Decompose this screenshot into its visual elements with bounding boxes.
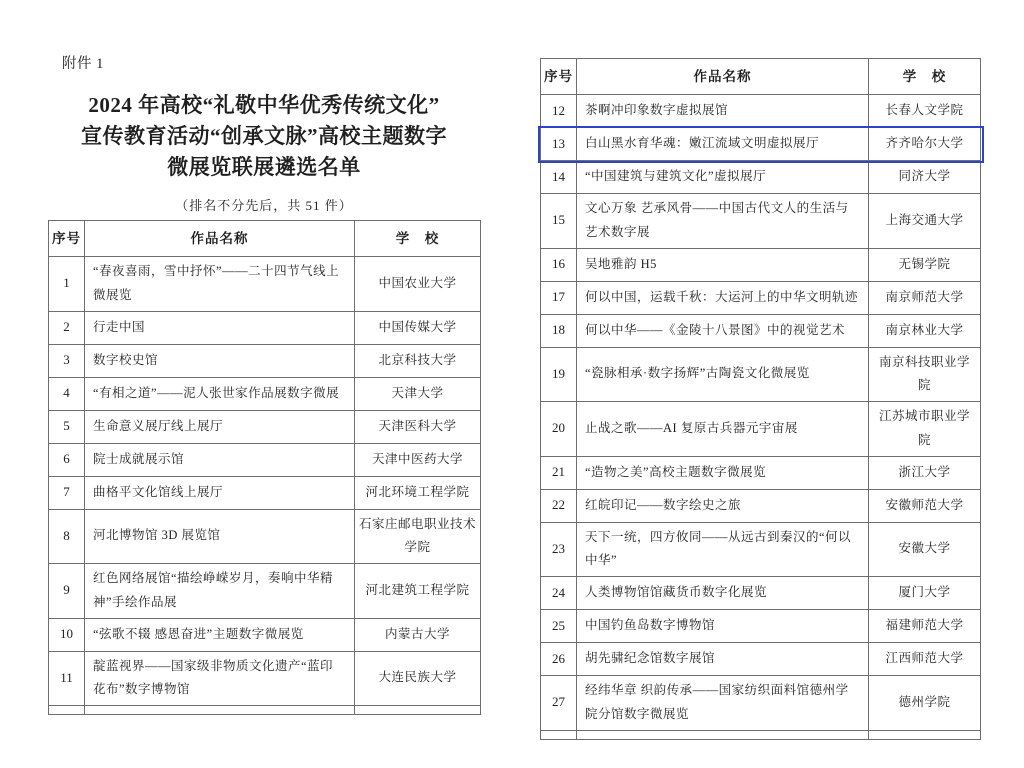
school-cell: 天津大学 (355, 378, 481, 411)
document-page: 附件 1 2024 年高校“礼敬中华优秀传统文化” 宣传教育活动“创承文脉”高校… (0, 0, 1024, 768)
table-row: 16吴地雅韵 H5无锡学院 (541, 249, 981, 282)
school-cell: 天津医科大学 (355, 411, 481, 444)
work-title-cell-text: 何以中华——《金陵十八景图》中的视觉艺术 (585, 319, 845, 343)
work-title-cell: 行走中国 (85, 312, 355, 345)
work-title-cell: 红皖印记——数字绘史之旅 (577, 490, 869, 523)
work-title-cell-text: “中国建筑与建筑文化”虚拟展厅 (585, 165, 766, 189)
work-title-cell: “造物之美”高校主题数字微展览 (577, 457, 869, 490)
work-title-cell-text: 中国钓鱼岛数字博物馆 (585, 614, 715, 638)
school-cell: 江苏城市职业学院 (869, 402, 981, 457)
work-title-cell: “有相之道”——泥人张世家作品展数字微展 (85, 378, 355, 411)
header-title-cell-text: 作品名称 (191, 226, 249, 252)
school-cell-text: 天津大学 (391, 382, 443, 406)
work-title-cell-text: 生命意义展厅线上展厅 (93, 415, 223, 439)
school-cell: 中国农业大学 (355, 257, 481, 312)
school-cell: 大连民族大学 (355, 652, 481, 707)
row-number-cell: 14 (541, 161, 577, 194)
school-cell-text: 天津医科大学 (378, 415, 456, 439)
school-cell-text: 中国农业大学 (378, 272, 456, 296)
row-number-cell: 26 (541, 643, 577, 676)
school-cell-text: 齐齐哈尔大学 (885, 132, 963, 156)
row-number-cell-text: 16 (552, 252, 565, 277)
works-table-right: 序号作品名称学 校12茶啊冲印象数字虚拟展馆长春人文学院13白山黑水育华魂：嫩江… (540, 58, 981, 740)
header-no-cell-text: 序号 (544, 64, 573, 90)
school-cell-text: 河北建筑工程学院 (365, 579, 469, 603)
work-title-cell-text: 曲格平文化馆线上展厅 (93, 481, 223, 505)
row-number-cell-text: 3 (63, 348, 70, 373)
row-number-cell: 15 (541, 194, 577, 249)
school-cell: 南京科技职业学院 (869, 348, 981, 403)
school-cell: 安徽师范大学 (869, 490, 981, 523)
work-title-cell-text: 河北博物馆 3D 展览馆 (93, 524, 221, 548)
row-number-cell: 9 (49, 564, 85, 619)
school-cell: 福建师范大学 (869, 610, 981, 643)
work-title-cell-text: 红皖印记——数字绘史之旅 (585, 494, 741, 518)
work-title-cell: 止战之歌——AI 复原古兵器元宇宙展 (577, 402, 869, 457)
school-cell: 河北建筑工程学院 (355, 564, 481, 619)
row-number-cell-text: 12 (552, 99, 565, 124)
school-cell-text: 浙江大学 (898, 461, 950, 485)
work-title-cell-text: 文心万象 艺承风骨——中国古代文人的生活与艺术数字展 (585, 197, 860, 245)
table-row: 21“造物之美”高校主题数字微展览浙江大学 (541, 457, 981, 490)
attachment-label: 附件 1 (62, 52, 104, 73)
row-number-cell-text: 6 (63, 447, 70, 472)
work-title-cell: “瓷脉相承·数字扬辉”古陶瓷文化微展览 (577, 348, 869, 403)
school-cell-text: 内蒙古大学 (385, 623, 450, 647)
partial-title-cell (577, 731, 869, 740)
row-number-cell-text: 18 (552, 318, 565, 343)
work-title-cell-text: 吴地雅韵 H5 (585, 253, 657, 277)
row-number-cell: 24 (541, 577, 577, 610)
work-title-cell-text: 经纬华章 织韵传承——国家纺织面料馆德州学院分馆数字微展览 (585, 679, 860, 727)
row-number-cell-text: 17 (552, 285, 565, 310)
row-number-cell: 22 (541, 490, 577, 523)
table-row: 27经纬华章 织韵传承——国家纺织面料馆德州学院分馆数字微展览德州学院 (541, 676, 981, 731)
work-title-cell: 茶啊冲印象数字虚拟展馆 (577, 95, 869, 128)
row-number-cell-text: 19 (552, 362, 565, 387)
school-cell-text: 德州学院 (898, 691, 950, 715)
row-number-cell-text: 14 (552, 165, 565, 190)
title-line-2: 宣传教育活动“创承文脉”高校主题数字 (48, 121, 480, 152)
header-school-cell-text: 学 校 (396, 226, 440, 252)
row-number-cell: 16 (541, 249, 577, 282)
school-cell-text: 南京科技职业学院 (873, 351, 976, 399)
row-number-cell: 17 (541, 282, 577, 315)
row-number-cell-text: 4 (63, 381, 70, 406)
row-number-cell: 12 (541, 95, 577, 128)
partial-title-cell (85, 706, 355, 715)
work-title-cell-text: “造物之美”高校主题数字微展览 (585, 461, 766, 485)
row-number-cell: 19 (541, 348, 577, 403)
table-row: 23天下一统，四方攸同——从远古到秦汉的“何以中华”安徽大学 (541, 523, 981, 578)
work-title-cell-text: 人类博物馆馆藏货币数字化展览 (585, 581, 767, 605)
school-cell: 长春人文学院 (869, 95, 981, 128)
school-cell: 厦门大学 (869, 577, 981, 610)
work-title-cell-text: 茶啊冲印象数字虚拟展馆 (585, 99, 728, 123)
table-row: 8河北博物馆 3D 展览馆石家庄邮电职业技术学院 (49, 510, 481, 565)
school-cell: 安徽大学 (869, 523, 981, 578)
school-cell: 河北环境工程学院 (355, 477, 481, 510)
title-line-1: 2024 年高校“礼敬中华优秀传统文化” (48, 90, 480, 121)
table-row-partial (49, 706, 481, 715)
header-no-cell: 序号 (49, 221, 85, 257)
row-number-cell: 3 (49, 345, 85, 378)
school-cell: 无锡学院 (869, 249, 981, 282)
table-row: 3数字校史馆北京科技大学 (49, 345, 481, 378)
row-number-cell-text: 23 (552, 537, 565, 562)
work-title-cell-text: 靛蓝视界——国家级非物质文化遗产“蓝印花布”数字博物馆 (93, 655, 346, 703)
row-number-cell-text: 11 (60, 666, 73, 691)
table-row: 22红皖印记——数字绘史之旅安徽师范大学 (541, 490, 981, 523)
school-cell: 石家庄邮电职业技术学院 (355, 510, 481, 565)
row-number-cell: 13 (541, 128, 577, 161)
work-title-cell-text: “弦歌不辍 感恩奋进”主题数字微展览 (93, 623, 304, 647)
school-cell-text: 江苏城市职业学院 (873, 405, 976, 453)
row-number-cell-text: 25 (552, 614, 565, 639)
work-title-cell-text: “有相之道”——泥人张世家作品展数字微展 (93, 382, 339, 406)
table-row: 17何以中国，运载千秋：大运河上的中华文明轨迹南京师范大学 (541, 282, 981, 315)
work-title-cell-text: 天下一统，四方攸同——从远古到秦汉的“何以中华” (585, 526, 860, 574)
row-number-cell-text: 8 (63, 524, 70, 549)
table-row: 9红色网络展馆“描绘峥嵘岁月，奏响中华精神”手绘作品展河北建筑工程学院 (49, 564, 481, 619)
header-school-cell: 学 校 (869, 59, 981, 95)
work-title-cell-text: 数字校史馆 (93, 349, 158, 373)
work-title-cell-text: 行走中国 (93, 316, 145, 340)
row-number-cell-text: 7 (63, 480, 70, 505)
header-no-cell: 序号 (541, 59, 577, 95)
school-cell: 浙江大学 (869, 457, 981, 490)
row-number-cell-text: 15 (552, 208, 565, 233)
work-title-cell: 院士成就展示馆 (85, 444, 355, 477)
school-cell: 北京科技大学 (355, 345, 481, 378)
row-number-cell-text: 2 (63, 315, 70, 340)
table-row: 4“有相之道”——泥人张世家作品展数字微展天津大学 (49, 378, 481, 411)
table-row: 12茶啊冲印象数字虚拟展馆长春人文学院 (541, 95, 981, 128)
table-row: 2行走中国中国传媒大学 (49, 312, 481, 345)
school-cell-text: 江西师范大学 (885, 647, 963, 671)
work-title-cell: “弦歌不辍 感恩奋进”主题数字微展览 (85, 619, 355, 652)
table-header-row: 序号作品名称学 校 (541, 59, 981, 95)
row-number-cell-text: 26 (552, 647, 565, 672)
school-cell-text: 大连民族大学 (378, 666, 456, 690)
row-number-cell: 21 (541, 457, 577, 490)
work-title-cell: 何以中华——《金陵十八景图》中的视觉艺术 (577, 315, 869, 348)
row-number-cell: 18 (541, 315, 577, 348)
work-title-cell-text: 红色网络展馆“描绘峥嵘岁月，奏响中华精神”手绘作品展 (93, 567, 346, 615)
work-title-cell: 中国钓鱼岛数字博物馆 (577, 610, 869, 643)
school-cell-text: 安徽师范大学 (885, 494, 963, 518)
work-title-cell: 人类博物馆馆藏货币数字化展览 (577, 577, 869, 610)
work-title-cell-text: 院士成就展示馆 (93, 448, 184, 472)
partial-no-cell (541, 731, 577, 740)
work-title-cell: 靛蓝视界——国家级非物质文化遗产“蓝印花布”数字博物馆 (85, 652, 355, 707)
school-cell-text: 中国传媒大学 (378, 316, 456, 340)
work-title-cell: “中国建筑与建筑文化”虚拟展厅 (577, 161, 869, 194)
row-number-cell-text: 24 (552, 581, 565, 606)
row-number-cell-text: 20 (552, 416, 565, 441)
school-cell: 上海交通大学 (869, 194, 981, 249)
row-number-cell-text: 13 (552, 132, 565, 157)
school-cell: 南京师范大学 (869, 282, 981, 315)
row-number-cell: 4 (49, 378, 85, 411)
row-number-cell: 6 (49, 444, 85, 477)
table-row: 25中国钓鱼岛数字博物馆福建师范大学 (541, 610, 981, 643)
row-number-cell: 1 (49, 257, 85, 312)
table-row: 6院士成就展示馆天津中医药大学 (49, 444, 481, 477)
header-no-cell-text: 序号 (52, 226, 81, 252)
school-cell-text: 福建师范大学 (885, 614, 963, 638)
table-row: 14“中国建筑与建筑文化”虚拟展厅同济大学 (541, 161, 981, 194)
work-title-cell: 何以中国，运载千秋：大运河上的中华文明轨迹 (577, 282, 869, 315)
row-number-cell: 20 (541, 402, 577, 457)
work-title-cell-text: 白山黑水育华魂：嫩江流域文明虚拟展厅 (585, 132, 819, 156)
document-title: 2024 年高校“礼敬中华优秀传统文化” 宣传教育活动“创承文脉”高校主题数字 … (48, 90, 480, 183)
school-cell: 内蒙古大学 (355, 619, 481, 652)
row-number-cell-text: 22 (552, 493, 565, 518)
table-row: 11靛蓝视界——国家级非物质文化遗产“蓝印花布”数字博物馆大连民族大学 (49, 652, 481, 707)
work-title-cell-text: “春夜喜雨，雪中抒怀”——二十四节气线上微展览 (93, 260, 346, 308)
row-number-cell: 11 (49, 652, 85, 707)
row-number-cell: 8 (49, 510, 85, 565)
school-cell-text: 北京科技大学 (378, 349, 456, 373)
partial-no-cell (49, 706, 85, 715)
school-cell-text: 长春人文学院 (885, 99, 963, 123)
title-line-3: 微展览联展遴选名单 (48, 152, 480, 183)
school-cell-text: 上海交通大学 (885, 209, 963, 233)
work-title-cell: 胡先骕纪念馆数字展馆 (577, 643, 869, 676)
table-row: 20止战之歌——AI 复原古兵器元宇宙展江苏城市职业学院 (541, 402, 981, 457)
table-row: 18何以中华——《金陵十八景图》中的视觉艺术南京林业大学 (541, 315, 981, 348)
work-title-cell: 吴地雅韵 H5 (577, 249, 869, 282)
work-title-cell-text: 何以中国，运载千秋：大运河上的中华文明轨迹 (585, 286, 858, 310)
partial-school-cell (869, 731, 981, 740)
document-subtitle: （排名不分先后，共 51 件） (48, 195, 480, 214)
work-title-cell: 文心万象 艺承风骨——中国古代文人的生活与艺术数字展 (577, 194, 869, 249)
table-row-highlighted: 13白山黑水育华魂：嫩江流域文明虚拟展厅齐齐哈尔大学 (541, 128, 981, 161)
row-number-cell: 25 (541, 610, 577, 643)
row-number-cell: 10 (49, 619, 85, 652)
school-cell-text: 厦门大学 (898, 581, 950, 605)
row-number-cell: 27 (541, 676, 577, 731)
school-cell: 德州学院 (869, 676, 981, 731)
table-header-row: 序号作品名称学 校 (49, 221, 481, 257)
work-title-cell-text: 胡先骕纪念馆数字展馆 (585, 647, 715, 671)
work-title-cell: 河北博物馆 3D 展览馆 (85, 510, 355, 565)
school-cell-text: 同济大学 (898, 165, 950, 189)
school-cell-text: 天津中医药大学 (372, 448, 463, 472)
table-row: 15文心万象 艺承风骨——中国古代文人的生活与艺术数字展上海交通大学 (541, 194, 981, 249)
work-title-cell: 数字校史馆 (85, 345, 355, 378)
table-row: 10“弦歌不辍 感恩奋进”主题数字微展览内蒙古大学 (49, 619, 481, 652)
table-row: 26胡先骕纪念馆数字展馆江西师范大学 (541, 643, 981, 676)
row-number-cell: 2 (49, 312, 85, 345)
school-cell: 齐齐哈尔大学 (869, 128, 981, 161)
school-cell: 南京林业大学 (869, 315, 981, 348)
row-number-cell-text: 9 (63, 578, 70, 603)
work-title-cell-text: 止战之歌——AI 复原古兵器元宇宙展 (585, 417, 798, 441)
row-number-cell: 7 (49, 477, 85, 510)
header-school-cell: 学 校 (355, 221, 481, 257)
table-row: 19“瓷脉相承·数字扬辉”古陶瓷文化微展览南京科技职业学院 (541, 348, 981, 403)
school-cell: 中国传媒大学 (355, 312, 481, 345)
table-row-partial (541, 731, 981, 740)
school-cell-text: 河北环境工程学院 (365, 481, 469, 505)
table-row: 24人类博物馆馆藏货币数字化展览厦门大学 (541, 577, 981, 610)
table-row: 5生命意义展厅线上展厅天津医科大学 (49, 411, 481, 444)
work-title-cell: 白山黑水育华魂：嫩江流域文明虚拟展厅 (577, 128, 869, 161)
work-title-cell: 经纬华章 织韵传承——国家纺织面料馆德州学院分馆数字微展览 (577, 676, 869, 731)
row-number-cell-text: 10 (60, 622, 73, 647)
school-cell: 江西师范大学 (869, 643, 981, 676)
work-title-cell: 天下一统，四方攸同——从远古到秦汉的“何以中华” (577, 523, 869, 578)
row-number-cell-text: 21 (552, 460, 565, 485)
school-cell: 同济大学 (869, 161, 981, 194)
header-title-cell: 作品名称 (577, 59, 869, 95)
row-number-cell: 5 (49, 411, 85, 444)
school-cell: 天津中医药大学 (355, 444, 481, 477)
header-school-cell-text: 学 校 (903, 64, 947, 90)
header-title-cell-text: 作品名称 (694, 64, 752, 90)
work-title-cell-text: “瓷脉相承·数字扬辉”古陶瓷文化微展览 (585, 362, 810, 386)
table-row: 7曲格平文化馆线上展厅河北环境工程学院 (49, 477, 481, 510)
table-row: 1“春夜喜雨，雪中抒怀”——二十四节气线上微展览中国农业大学 (49, 257, 481, 312)
school-cell-text: 南京林业大学 (885, 319, 963, 343)
school-cell-text: 无锡学院 (898, 253, 950, 277)
school-cell-text: 安徽大学 (898, 537, 950, 561)
work-title-cell: 生命意义展厅线上展厅 (85, 411, 355, 444)
work-title-cell: “春夜喜雨，雪中抒怀”——二十四节气线上微展览 (85, 257, 355, 312)
row-number-cell: 23 (541, 523, 577, 578)
header-title-cell: 作品名称 (85, 221, 355, 257)
work-title-cell: 红色网络展馆“描绘峥嵘岁月，奏响中华精神”手绘作品展 (85, 564, 355, 619)
school-cell-text: 南京师范大学 (885, 286, 963, 310)
row-number-cell-text: 27 (552, 690, 565, 715)
works-table-left: 序号作品名称学 校1“春夜喜雨，雪中抒怀”——二十四节气线上微展览中国农业大学2… (48, 220, 481, 715)
school-cell-text: 石家庄邮电职业技术学院 (359, 513, 476, 561)
row-number-cell-text: 1 (63, 271, 70, 296)
work-title-cell: 曲格平文化馆线上展厅 (85, 477, 355, 510)
row-number-cell-text: 5 (63, 414, 70, 439)
partial-school-cell (355, 706, 481, 715)
